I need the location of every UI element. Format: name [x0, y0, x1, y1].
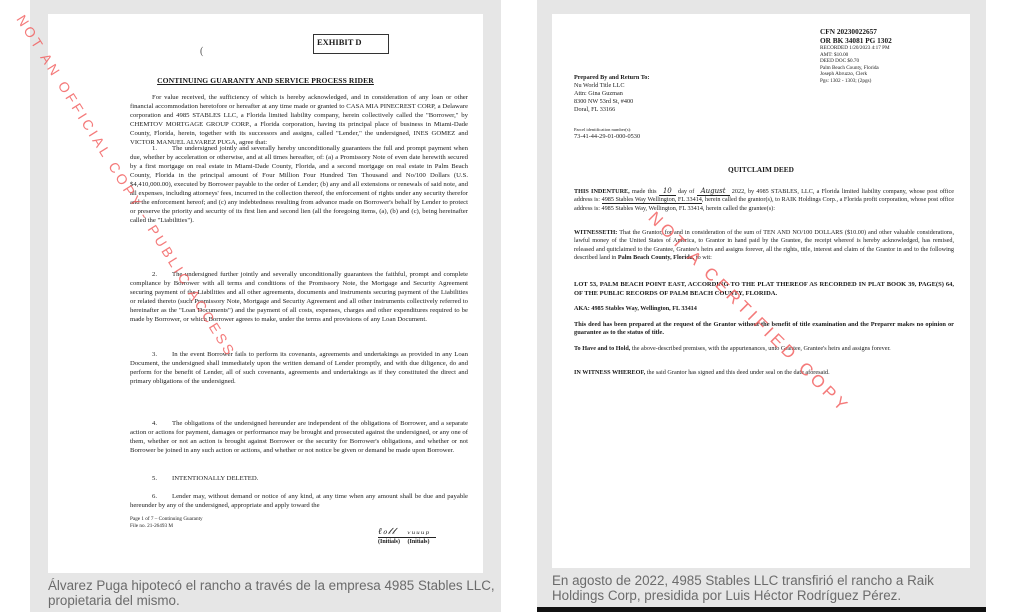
left-figure-panel: EXHIBIT D ( CONTINUING GUARANTY AND SERV…: [30, 0, 501, 612]
prepared-by-block: Prepared By and Return To: Nu World Titl…: [574, 74, 649, 114]
aka-address: AKA: 4985 Stables Way, Wellington, FL 33…: [574, 305, 954, 313]
guaranty-footer: Page 1 of 7 – Continuing Guaranty File n…: [130, 516, 203, 529]
recording-stamp: CFN 20230022657 OR BK 34081 PG 1302 RECO…: [820, 28, 892, 85]
legal-description: LOT 53, PALM BEACH POINT EAST, ACCORDING…: [574, 280, 954, 298]
recorded-date: RECORDED 1/20/2023 4:17 PM: [820, 45, 892, 52]
recording-clerk: Joseph Abruzzo, Clerk: [820, 71, 892, 78]
handwritten-month: August: [697, 188, 730, 196]
deed-title: QUITCLAIM DEED: [552, 165, 970, 174]
quitclaim-deed-image: CFN 20230022657 OR BK 34081 PG 1302 RECO…: [552, 14, 970, 568]
exhibit-label: EXHIBIT D: [313, 34, 389, 54]
initials-label-1: (Initials): [378, 539, 400, 545]
prepared-by-label: Prepared By and Return To:: [574, 74, 649, 82]
guaranty-paragraph-6: 6.Lender may, without demand or notice o…: [130, 492, 468, 510]
guaranty-paragraph-5: 5.INTENTIONALLY DELETED.: [130, 474, 468, 483]
initials-signatures: ℓℴ𝓁𝓁 ᵥᵤᵤᵤₚ (Initials) (Initials): [378, 526, 436, 545]
signature-scribble: ℓℴ𝓁𝓁 ᵥᵤᵤᵤₚ: [378, 526, 436, 538]
footer-page-number: Page 1 of 7 – Continuing Guaranty: [130, 516, 203, 523]
have-and-hold-paragraph: To Have and to Hold, the above-described…: [574, 345, 954, 353]
deed-doc-fee: DEED DOC $0.70: [820, 58, 892, 65]
right-caption: En agosto de 2022, 4985 Stables LLC tran…: [552, 573, 982, 603]
initials-label-2: (Initials): [408, 539, 430, 545]
recording-county: Palm Beach County, Florida: [820, 65, 892, 72]
parcel-label: Parcel identification number(s):: [574, 127, 631, 132]
witnesseth-paragraph: WITNESSETH: That the Grantor, for and in…: [574, 229, 954, 263]
guaranty-intro-paragraph: For value received, the sufficiency of w…: [130, 93, 468, 147]
prepared-by-line: Attn: Gina Guzman: [574, 90, 649, 98]
prepared-by-line: Nu World Title LLC: [574, 82, 649, 90]
in-witness-paragraph: IN WITNESS WHEREOF, the said Grantor has…: [574, 369, 954, 377]
prepared-by-line: Doral, FL 33166: [574, 106, 649, 114]
grantor-address: 4985 Stables Way Wellington, FL 33414: [602, 196, 702, 204]
bottom-edge-bar: [537, 607, 986, 612]
left-caption: Álvarez Puga hipotecó el rancho a través…: [48, 578, 498, 608]
indenture-paragraph: THIS INDENTURE, made this 10 day of Augu…: [574, 188, 954, 213]
prepared-by-line: 8300 NW 53rd St, #400: [574, 98, 649, 106]
guaranty-paragraph-4: 4.The obligations of the undersigned her…: [130, 419, 468, 455]
right-figure-panel: CFN 20230022657 OR BK 34081 PG 1302 RECO…: [537, 0, 986, 608]
parcel-number: 73-41-44-29-01-000-0530: [574, 133, 640, 140]
guaranty-paragraph-1: 1.The undersigned jointly and severally …: [130, 144, 468, 225]
stray-mark: (: [200, 46, 203, 57]
recording-pages: Pgs: 1302 - 1303; (2pgs): [820, 78, 892, 85]
footer-file-number: File no. 21-26493 M: [130, 523, 203, 530]
handwritten-day: 10: [659, 188, 676, 196]
guaranty-paragraph-3: 3.In the event Borrower fails to perform…: [130, 350, 468, 386]
book-page: OR BK 34081 PG 1302: [820, 37, 892, 46]
guaranty-title: CONTINUING GUARANTY AND SERVICE PROCESS …: [48, 76, 483, 85]
guaranty-document-image: EXHIBIT D ( CONTINUING GUARANTY AND SERV…: [48, 14, 483, 573]
